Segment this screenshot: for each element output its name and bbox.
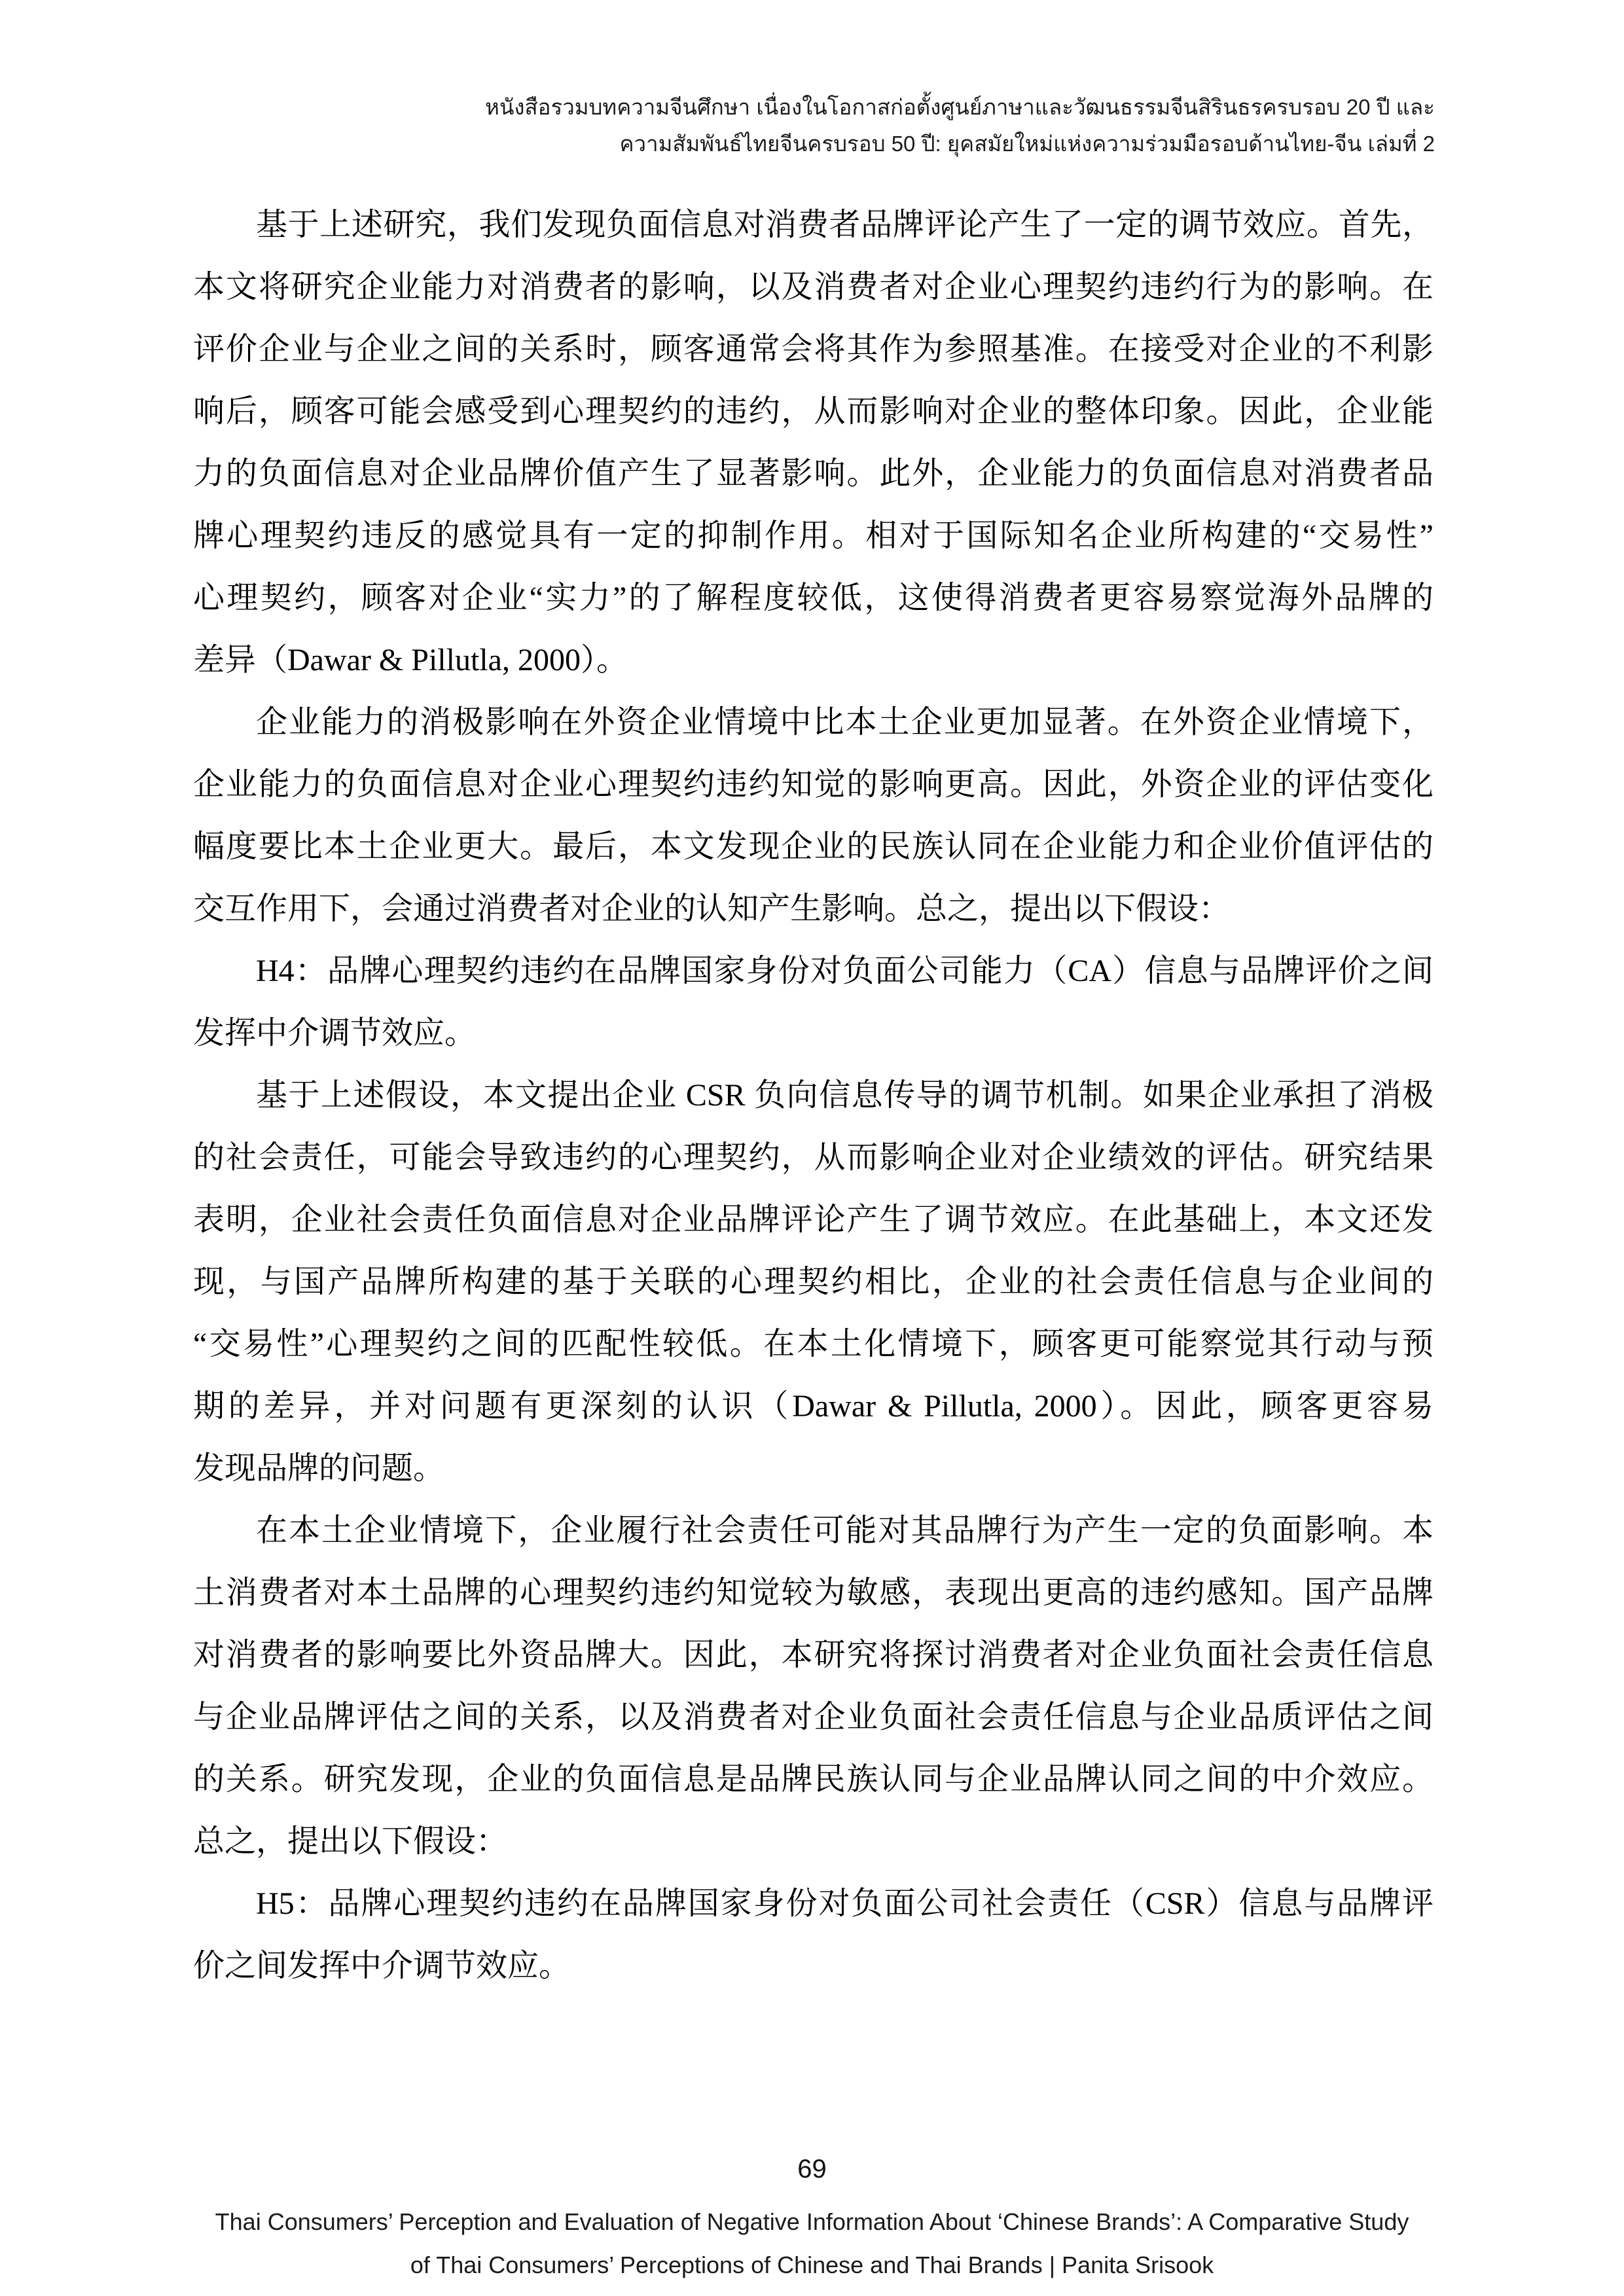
text-line: 企业能力的负面信息对企业心理契约违约知觉的影响更高。因此，外资企业的评估变化 xyxy=(193,753,1434,816)
text-line: 的关系。研究发现，企业的负面信息是品牌民族认同与企业品牌认同之间的中介效应。 xyxy=(193,1748,1434,1810)
paragraph: 基于上述假设，本文提出企业 CSR 负向信息传导的调节机制。如果企业承担了消极的… xyxy=(193,1064,1434,1499)
text-line: 对消费者的影响要比外资品牌大。因此，本研究将探讨消费者对企业负面社会责任信息 xyxy=(193,1624,1434,1686)
page-number: 69 xyxy=(0,2155,1624,2184)
footer-title-line-1: Thai Consumers’ Perception and Evaluatio… xyxy=(0,2200,1624,2244)
header-line-2: ความสัมพันธ์ไทยจีนครบรอบ 50 ปี: ยุคสมัยใ… xyxy=(189,126,1435,162)
text-line: 企业能力的消极影响在外资企业情境中比本土企业更加显著。在外资企业情境下， xyxy=(193,691,1434,753)
text-line: “交易性”心理契约之间的匹配性较低。在本土化情境下，顾客更可能察觉其行动与预 xyxy=(193,1313,1434,1375)
text-line: 响后，顾客可能会感受到心理契约的违约，从而影响对企业的整体印象。因此，企业能 xyxy=(193,380,1434,442)
text-line: 期的差异，并对问题有更深刻的认识（Dawar & Pillutla, 2000）… xyxy=(193,1375,1434,1437)
text-line: 幅度要比本土企业更大。最后，本文发现企业的民族认同在企业能力和企业价值评估的 xyxy=(193,816,1434,878)
header-line-1: หนังสือรวมบทความจีนศึกษา เนื่องในโอกาสก่… xyxy=(189,89,1435,126)
text-line: 现，与国产品牌所构建的基于关联的心理契约相比，企业的社会责任信息与企业间的 xyxy=(193,1251,1434,1313)
text-line: H5：品牌心理契约违约在品牌国家身份对负面公司社会责任（CSR）信息与品牌评 xyxy=(193,1873,1434,1935)
paragraph: 在本土企业情境下，企业履行社会责任可能对其品牌行为产生一定的负面影响。本土消费者… xyxy=(193,1499,1434,1873)
text-line: 价之间发挥中介调节效应。 xyxy=(193,1935,1434,1997)
text-line: 发挥中介调节效应。 xyxy=(193,1002,1434,1064)
text-line: 基于上述研究，我们发现负面信息对消费者品牌评论产生了一定的调节效应。首先， xyxy=(193,194,1434,256)
text-line: 的社会责任，可能会导致违约的心理契约，从而影响企业对企业绩效的评估。研究结果 xyxy=(193,1126,1434,1189)
text-line: 基于上述假设，本文提出企业 CSR 负向信息传导的调节机制。如果企业承担了消极 xyxy=(193,1064,1434,1126)
text-line: 在本土企业情境下，企业履行社会责任可能对其品牌行为产生一定的负面影响。本 xyxy=(193,1499,1434,1562)
document-page: หนังสือรวมบทความจีนศึกษา เนื่องในโอกาสก่… xyxy=(0,0,1624,2296)
text-line: 评价企业与企业之间的关系时，顾客通常会将其作为参照基准。在接受对企业的不利影 xyxy=(193,318,1434,380)
paragraph: 基于上述研究，我们发现负面信息对消费者品牌评论产生了一定的调节效应。首先，本文将… xyxy=(193,194,1434,691)
paragraph: H5：品牌心理契约违约在品牌国家身份对负面公司社会责任（CSR）信息与品牌评价之… xyxy=(193,1873,1434,1997)
page-header: หนังสือรวมบทความจีนศึกษา เนื่องในโอกาสก่… xyxy=(189,89,1435,162)
text-line: 表明，企业社会责任负面信息对企业品牌评论产生了调节效应。在此基础上，本文还发 xyxy=(193,1189,1434,1251)
text-line: 牌心理契约违反的感觉具有一定的抑制作用。相对于国际知名企业所构建的“交易性” xyxy=(193,505,1434,567)
text-line: H4：品牌心理契约违约在品牌国家身份对负面公司能力（CA）信息与品牌评价之间 xyxy=(193,940,1434,1002)
text-line: 力的负面信息对企业品牌价值产生了显著影响。此外，企业能力的负面信息对消费者品 xyxy=(193,442,1434,505)
paragraph: 企业能力的消极影响在外资企业情境中比本土企业更加显著。在外资企业情境下，企业能力… xyxy=(193,691,1434,940)
paragraph: H4：品牌心理契约违约在品牌国家身份对负面公司能力（CA）信息与品牌评价之间发挥… xyxy=(193,940,1434,1064)
text-line: 交互作用下，会通过消费者对企业的认知产生影响。总之，提出以下假设： xyxy=(193,878,1434,940)
text-line: 土消费者对本土品牌的心理契约违约知觉较为敏感，表现出更高的违约感知。国产品牌 xyxy=(193,1562,1434,1624)
text-line: 与企业品牌评估之间的关系，以及消费者对企业负面社会责任信息与企业品质评估之间 xyxy=(193,1686,1434,1748)
text-line: 总之，提出以下假设： xyxy=(193,1810,1434,1873)
text-line: 心理契约，顾客对企业“实力”的了解程度较低，这使得消费者更容易察觉海外品牌的 xyxy=(193,567,1434,629)
text-line: 本文将研究企业能力对消费者的影响，以及消费者对企业心理契约违约行为的影响。在 xyxy=(193,256,1434,318)
text-line: 发现品牌的问题。 xyxy=(193,1437,1434,1499)
text-line: 差异（Dawar & Pillutla, 2000）。 xyxy=(193,629,1434,691)
body-paragraphs: 基于上述研究，我们发现负面信息对消费者品牌评论产生了一定的调节效应。首先，本文将… xyxy=(193,194,1434,1997)
footer-title-line-2: of Thai Consumers’ Perceptions of Chines… xyxy=(0,2244,1624,2287)
